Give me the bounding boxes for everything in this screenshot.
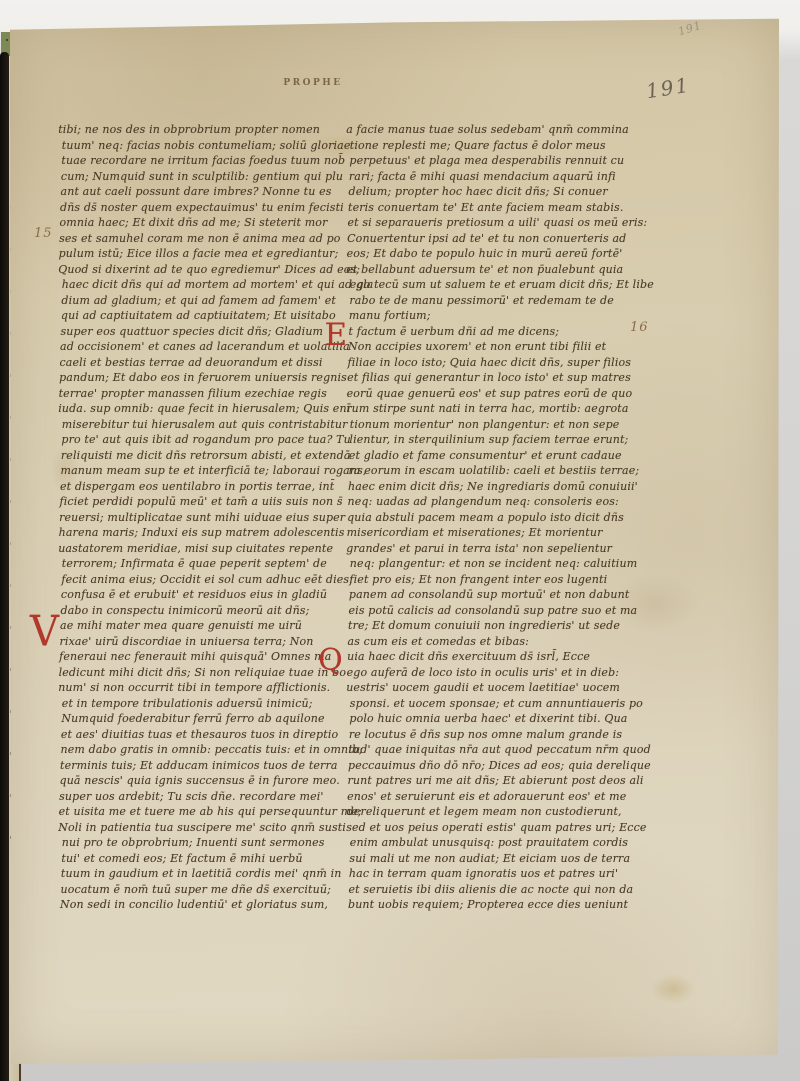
text-line: ledicunt mihi dicit dñs; Si non reliquia… <box>59 665 341 681</box>
text-line: qui ad captiuitatem ad captiuitatem; Et … <box>61 308 343 324</box>
text-line: et gladio et fame consumentur' et erunt … <box>349 448 663 464</box>
text-line: fecit anima eius; Occidit ei sol cum adh… <box>61 572 343 588</box>
text-line: et in tempore tribulationis aduersū inim… <box>62 696 344 712</box>
text-line: tuae recordare ne irritum facias foedus … <box>61 153 343 169</box>
text-line: cum; Numquid sunt in sculptilib: gentium… <box>61 169 343 185</box>
text-line: ra eorum in escam uolatilib: caeli et be… <box>349 463 663 479</box>
text-line: Quia haec dicit dñs exercituum ds̄ isrl̄… <box>347 649 661 665</box>
text-line: nui pro te obprobrium; Inuenti sunt serm… <box>62 835 344 851</box>
text-line: et bellabunt aduersum te' et non p̄ualeb… <box>346 262 660 278</box>
text-line: bunt uobis requiem; Propterea ecce dies … <box>348 897 662 913</box>
text-line: manu fortium; <box>349 308 663 324</box>
text-line: polo huic omnia uerba haec' et dixerint … <box>349 711 663 727</box>
text-line: uastatorem meridiae, misi sup ciuitates … <box>58 541 340 557</box>
text-line: tui' et comedi eos; Et factum ē mihi uer… <box>61 851 343 867</box>
text-line: sponsi. et uocem sponsae; et cum annunti… <box>350 696 664 712</box>
text-line: pandum; Et dabo eos in feruorem uniuersi… <box>59 370 341 386</box>
text-line: enim ambulat unusquisq: post prauitatem … <box>350 835 664 851</box>
text-line: ficiet perdidi populū meū' et tam̄ a uii… <box>60 494 342 510</box>
text-line: tuum' neq: facias nobis contumeliam; sol… <box>62 138 344 154</box>
text-line: confusa ē et erubuit' et residuos eius i… <box>61 587 343 603</box>
manuscript-page: PROPHE 191 191 15 16 tibi; ne nos des in… <box>10 14 779 1064</box>
text-line: tud' quae iniquitas nr̄a aut quod peccat… <box>349 742 663 758</box>
text-line: grandes' et parui in terra ista' non sep… <box>346 541 660 557</box>
text-line: super uos ardebit; Tu scis dñe. recordar… <box>59 789 341 805</box>
text-line: et si separaueris pretiosum a uili' quas… <box>348 215 662 231</box>
text-line: Vae mihi mater mea quare genuisti me uir… <box>60 618 342 634</box>
text-line: tre; Et domum conuiuii non ingredieris' … <box>348 618 662 634</box>
rubricated-drop-initial: V <box>30 612 59 652</box>
text-line: filiae in loco isto; Quia haec dicit dñs… <box>348 355 662 371</box>
text-line: delium; propter hoc haec dicit dñs; Si c… <box>349 184 663 200</box>
text-line: dium ad gladium; et qui ad famem ad fame… <box>61 293 343 309</box>
text-line: rabo te de manu pessimorū' et redemam te… <box>349 293 663 309</box>
text-line: dabo in conspectu inimicorū meorū ait dñ… <box>61 603 343 619</box>
text-line: misericordiam et miserationes; Et morien… <box>347 525 661 541</box>
text-line: quia abstuli pacem meam a populo isto di… <box>347 510 661 526</box>
text-line: reliquisti me dicit dñs retrorsum abisti… <box>61 448 343 464</box>
text-line: eorū quae genuerū eos' et sup patres eor… <box>347 386 661 402</box>
text-line: harena maris; Induxi eis sup matrem adol… <box>59 525 341 541</box>
text-line: eos; Et dabo te populo huic in murū aere… <box>347 246 661 262</box>
text-line: sui mali ut me non audiat; Et eiciam uos… <box>349 851 663 867</box>
text-line: caeli et bestias terrae ad deuorandum et… <box>60 355 342 371</box>
text-line: ego tecū sum ut saluem te et eruam dicit… <box>350 277 664 293</box>
text-line: Et factum ē uerbum dñi ad me dicens; <box>349 324 663 340</box>
text-line: neq: uadas ad plangendum neq: consoleris… <box>348 494 662 510</box>
text-line: ant aut caeli possunt dare imbres? Nonne… <box>61 184 343 200</box>
text-line: nem dabo gratis in omnib: peccatis tuis:… <box>61 742 343 758</box>
text-line: ad occisionem' et canes ad lacerandum et… <box>60 339 342 355</box>
text-line: quā nescis' quia ignis succensus ē in fu… <box>60 773 342 789</box>
text-line: et aes' diuitias tuas et thesauros tuos … <box>61 727 343 743</box>
text-line: ses et samuhel coram me non ē anima mea … <box>59 231 341 247</box>
text-column-right: a facie manus tuae solus sedebam' qnm̄ c… <box>348 122 662 913</box>
text-line: terrae' propter manassen filium ezechiae… <box>59 386 341 402</box>
text-line: et filias qui generantur in loco isto' e… <box>347 370 661 386</box>
text-line: terminis tuis; Et adducam inimicos tuos … <box>60 758 342 774</box>
folio-number-pencil: 191 <box>677 19 704 39</box>
text-line: num' si non occurrit tibi in tempore aff… <box>58 680 340 696</box>
text-line: eis potū calicis ad consolandū sup patre… <box>349 603 663 619</box>
text-line: ego auferā de loco isto in oculis uris' … <box>347 665 661 681</box>
text-line: sed et uos peius operati estis' quam pat… <box>346 820 660 836</box>
text-line: rari; facta ē mihi quasi mendacium aquar… <box>349 169 663 185</box>
text-line: fiet pro eis; Et non frangent inter eos … <box>349 572 663 588</box>
text-line: Quod si dixerint ad te quo egrediemur' D… <box>58 262 340 278</box>
text-line: perpetuus' et plaga mea desperabilis ren… <box>349 153 663 169</box>
text-line: Non sedi in concilio ludentiū' et gloria… <box>60 897 342 913</box>
rubricated-drop-initial: Q <box>318 646 343 676</box>
text-line: teris conuertam te' Et ante faciem meam … <box>348 200 662 216</box>
text-line: panem ad consolandū sup mortuū' et non d… <box>349 587 663 603</box>
text-line: miserebitur tui hierusalem aut quis cont… <box>62 417 344 433</box>
text-line: iuda. sup omnib: quae fecit in hierusale… <box>58 401 340 417</box>
text-line: tibi; ne nos des in obprobrium propter n… <box>58 122 340 138</box>
chapter-marker-left: 15 <box>34 226 53 241</box>
text-line: omnia haec; Et dixit dñs ad me; Si stete… <box>60 215 342 231</box>
text-line: Non accipies uxorem' et non erunt tibi f… <box>348 339 662 355</box>
book-binding <box>0 52 9 1081</box>
text-line: uestris' uocem gaudii et uocem laetitiae… <box>346 680 660 696</box>
text-line: Conuertentur ipsi ad te' et tu non conue… <box>347 231 661 247</box>
rubricated-drop-initial: E <box>325 320 348 350</box>
text-line: haec enim dicit dñs; Ne ingrediaris domū… <box>348 479 662 495</box>
text-column-left: tibi; ne nos des in obprobrium propter n… <box>60 122 342 913</box>
text-line: Noli in patientia tua suscipere me' scit… <box>58 820 340 836</box>
running-header: PROPHE <box>248 78 378 88</box>
text-line: rixae' uirū discordiae in uniuersa terra… <box>60 634 342 650</box>
text-line: re locutus ē dñs sup nos omne malum gran… <box>349 727 663 743</box>
text-line: hac in terram quam ignoratis uos et patr… <box>349 866 663 882</box>
text-line: as cum eis et comedas et bibas: <box>348 634 662 650</box>
text-line: tione replesti me; Quare factus ē dolor … <box>350 138 664 154</box>
folio-number-ink: 191 <box>644 73 691 104</box>
text-line: pro te' aut quis ibit ad rogandum pro pa… <box>61 432 343 448</box>
text-line: et uisita me et tuere me ab his qui pers… <box>59 804 341 820</box>
text-line: enos' et seruierunt eis et adorauerunt e… <box>347 789 661 805</box>
parchment-stain <box>650 974 696 1004</box>
text-line: dereliquerunt et legem meam non custodie… <box>347 804 661 820</box>
text-line: feneraui nec fenerauit mihi quisquā' Omn… <box>59 649 341 665</box>
text-line: a facie manus tuae solus sedebam' qnm̄ c… <box>346 122 660 138</box>
text-line: Numquid foederabitur ferrū ferro ab aqui… <box>61 711 343 727</box>
text-line: haec dicit dñs qui ad mortem ad mortem' … <box>62 277 344 293</box>
text-line: manum meam sup te et interficiā te; labo… <box>61 463 343 479</box>
text-line: rum stirpe sunt nati in terra hac, morti… <box>346 401 660 417</box>
text-line: terrorem; Infirmata ē quae peperit septe… <box>62 556 344 572</box>
text-line: super eos quattuor species dicit dñs; Gl… <box>61 324 343 340</box>
text-line: lientur, in sterquilinium sup faciem ter… <box>349 432 663 448</box>
text-line: neq: plangentur: et non se incident neq:… <box>350 556 664 572</box>
text-line: tuum in gaudium et in laetitiā cordis me… <box>61 866 343 882</box>
text-line: reuersi; multiplicatae sunt mihi uiduae … <box>59 510 341 526</box>
text-line: uocatum ē nom̄ tuū super me dñe ds̄ exer… <box>61 882 343 898</box>
photo-background: { "page": { "running_header": "PROPHE", … <box>0 0 800 1081</box>
text-line: pulum istū; Eice illos a facie mea et eg… <box>59 246 341 262</box>
text-line: peccauimus dño dō nr̄o; Dices ad eos; qu… <box>348 758 662 774</box>
text-line: et seruietis ibi diis alienis die ac noc… <box>349 882 663 898</box>
text-line: dñs ds̄ noster quem expectauimus' tu eni… <box>60 200 342 216</box>
text-line: et dispergam eos uentilabro in portis te… <box>60 479 342 495</box>
text-line: tionum morientur' non plangentur: et non… <box>350 417 664 433</box>
text-line: runt patres uri me ait dñs; Et abierunt … <box>348 773 662 789</box>
